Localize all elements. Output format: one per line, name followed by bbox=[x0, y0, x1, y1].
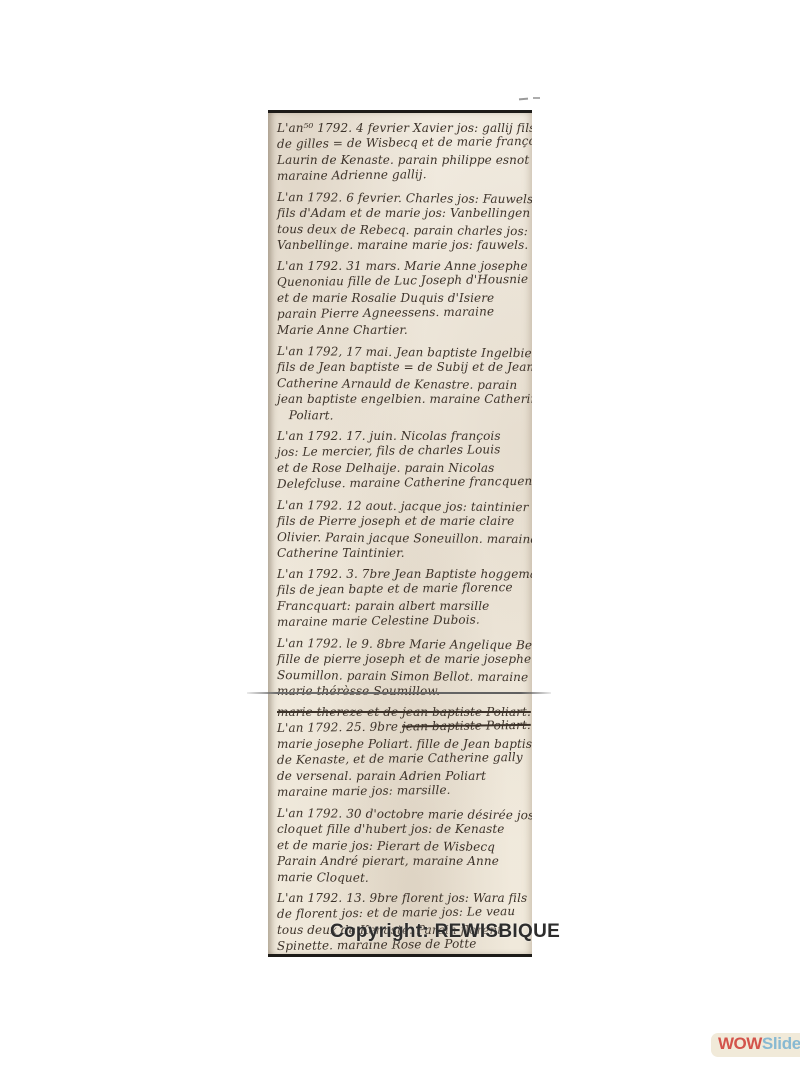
manuscript-text-segment: tous deux de Rebecq. parain charles jos: bbox=[277, 222, 528, 238]
baptism-entry: L'an 1792, 17 mai. Jean baptiste Ingelbi… bbox=[277, 343, 527, 423]
manuscript-line: cloquet fille d'hubert jos: de Kenaste bbox=[277, 821, 527, 837]
manuscript-text-segment: Catherine Arnauld de Kenastre. parain bbox=[277, 376, 517, 392]
manuscript-text-segment: maraine marie Celestine Dubois. bbox=[277, 613, 480, 629]
scanner-mark bbox=[533, 97, 540, 99]
manuscript-line: maraine marie jos: marsille. bbox=[277, 781, 527, 800]
manuscript-text-segment: fils de jean bapte et de marie florence bbox=[277, 580, 513, 597]
baptism-entry: L'an 1792. 3. 7bre Jean Baptiste hoggema… bbox=[277, 566, 527, 630]
manuscript-text-segment: parain Pierre Agneessens. maraine bbox=[277, 304, 494, 321]
manuscript-line: de gilles = de Wisbecq et de marie franç… bbox=[277, 133, 527, 152]
manuscript-scan: L'an⁵⁰ 1792. 4 fevrier Xavier jos: galli… bbox=[268, 110, 532, 957]
manuscript-line: et de marie jos: Pierart de Wisbecq bbox=[277, 837, 527, 855]
manuscript-line: Quenoniau fille de Luc Joseph d'Housnie bbox=[277, 271, 527, 290]
manuscript-line: fils d'Adam et de marie jos: Vanbellinge… bbox=[277, 205, 527, 221]
manuscript-line: L'an 1792. 25. 9bre jean baptiste Poliar… bbox=[277, 717, 527, 736]
manuscript-line: Catherine Arnauld de Kenastre. parain bbox=[277, 375, 527, 393]
manuscript-line: Poliart. bbox=[277, 407, 527, 425]
manuscript-text-segment: L'an 1792. 6 fevrier. Charles jos: Fauwe… bbox=[277, 190, 532, 206]
manuscript-text-segment: fille de pierre joseph et de marie josep… bbox=[277, 652, 531, 666]
manuscript-text-segment: maraine Adrienne gallij. bbox=[277, 167, 427, 183]
manuscript-text-segment: Soumillon. parain Simon Bellot. maraine bbox=[277, 668, 528, 684]
manuscript-text-segment: L'an 1792. 12 aout. jacque jos: taintini… bbox=[277, 498, 529, 514]
manuscript-text-segment: Delefcluse. maraine Catherine francquen. bbox=[277, 474, 532, 491]
manuscript-text-segment: Quenoniau fille de Luc Joseph d'Housnie bbox=[277, 272, 528, 289]
manuscript-line: Catherine Taintinier. bbox=[277, 545, 527, 561]
wowslider-badge-wow: WOW bbox=[718, 1034, 762, 1053]
manuscript-text-segment: de florent jos: et de marie jos: Le veau bbox=[277, 904, 515, 921]
manuscript-text-segment: L'an 1792, 17 mai. Jean baptiste Ingelbi… bbox=[277, 344, 532, 360]
baptism-entry: L'an 1792. 30 d'octobre marie désirée jo… bbox=[277, 805, 527, 885]
baptism-entry: L'an 1792. 31 mars. Marie Anne josepheQu… bbox=[277, 258, 527, 338]
manuscript-text-segment: L'an 1792. 25. 9bre bbox=[277, 719, 402, 735]
manuscript-line: tous deux de Rebecq. parain charles jos: bbox=[277, 221, 527, 239]
manuscript-text-segment: Parain André pierart, maraine Anne bbox=[277, 854, 499, 868]
manuscript-line: Vanbellinge. maraine marie jos: fauwels. bbox=[277, 237, 527, 253]
manuscript-line: marie thérèsse Soumillow. bbox=[277, 683, 527, 699]
manuscript-text-segment: fils de Pierre joseph et de marie claire bbox=[277, 514, 514, 528]
manuscript-line: maraine marie Celestine Dubois. bbox=[277, 611, 527, 630]
manuscript-text-segment: fils de Jean baptiste = de Subij et de J… bbox=[277, 360, 532, 374]
manuscript-text-segment: Olivier. Parain jacque Soneuillon. marai… bbox=[277, 530, 532, 546]
manuscript-text-segment: Marie Anne Chartier. bbox=[277, 323, 408, 337]
manuscript-line: de Kenaste, et de marie Catherine gally bbox=[277, 749, 527, 768]
manuscript-text-segment: cloquet fille d'hubert jos: de Kenaste bbox=[277, 822, 504, 836]
manuscript-line: jean baptiste engelbien. maraine Catheri… bbox=[277, 391, 527, 407]
manuscript-text-segment: L'an 1792. le 9. 8bre Marie Angelique Be… bbox=[277, 636, 532, 652]
manuscript-line: L'an 1792. 12 aout. jacque jos: taintini… bbox=[277, 497, 527, 515]
baptism-entry: L'an 1792. 17. juin. Nicolas françoisjos… bbox=[277, 428, 527, 492]
manuscript-text-segment: jean baptiste engelbien. maraine Catheri… bbox=[277, 392, 532, 406]
manuscript-line: parain Pierre Agneessens. maraine bbox=[277, 303, 527, 322]
manuscript-line: fils de jean bapte et de marie florence bbox=[277, 579, 527, 598]
manuscript-line: Marie Anne Chartier. bbox=[277, 322, 527, 338]
manuscript-line: fille de pierre joseph et de marie josep… bbox=[277, 651, 527, 667]
manuscript-text-segment: L'an 1792. 30 d'octobre marie désirée jo… bbox=[277, 806, 532, 822]
manuscript-line: Parain André pierart, maraine Anne bbox=[277, 853, 527, 869]
wowslider-badge[interactable]: WOWSlider bbox=[711, 1033, 800, 1057]
manuscript-line: fils de Pierre joseph et de marie claire bbox=[277, 513, 527, 529]
copyright-watermark: Copyright: REWISBIQUE bbox=[330, 920, 560, 944]
manuscript-line: fils de Jean baptiste = de Subij et de J… bbox=[277, 359, 527, 375]
manuscript-text-segment: marie thérèsse Soumillow. bbox=[277, 684, 440, 698]
baptism-entry: L'an 1792. le 9. 8bre Marie Angelique Be… bbox=[277, 635, 527, 699]
manuscript-line: Soumillon. parain Simon Bellot. maraine bbox=[277, 667, 527, 685]
page-background: { "window": {"width": 800, "height": 106… bbox=[0, 0, 800, 1067]
manuscript-text-segment: maraine marie jos: marsille. bbox=[277, 783, 451, 799]
baptism-entry: L'an⁵⁰ 1792. 4 fevrier Xavier jos: galli… bbox=[277, 120, 527, 184]
manuscript-text-segment: Poliart. bbox=[277, 408, 334, 422]
manuscript-text-segment: et de marie jos: Pierart de Wisbecq bbox=[277, 838, 495, 854]
manuscript-line: maraine Adrienne gallij. bbox=[277, 165, 527, 184]
wowslider-badge-slider: Slider bbox=[762, 1034, 800, 1053]
scan-seam-line bbox=[247, 692, 551, 694]
manuscript-text-segment: fils d'Adam et de marie jos: Vanbellinge… bbox=[277, 206, 530, 220]
baptism-entry: L'an 1792. 6 fevrier. Charles jos: Fauwe… bbox=[277, 189, 527, 253]
manuscript-line: Delefcluse. maraine Catherine francquen. bbox=[277, 473, 527, 492]
manuscript-text-segment: de Kenaste, et de marie Catherine gally bbox=[277, 750, 523, 767]
manuscript-line: L'an 1792. le 9. 8bre Marie Angelique Be… bbox=[277, 635, 527, 653]
baptism-entry: marie thereze et de jean baptiste Poliar… bbox=[277, 704, 527, 800]
struck-text: jean baptiste Poliart. bbox=[402, 718, 531, 734]
manuscript-line: L'an 1792. 30 d'octobre marie désirée jo… bbox=[277, 805, 527, 823]
manuscript-line: L'an 1792. 6 fevrier. Charles jos: Fauwe… bbox=[277, 189, 527, 207]
manuscript-text-segment: Catherine Taintinier. bbox=[277, 546, 405, 560]
manuscript-line: L'an 1792, 17 mai. Jean baptiste Ingelbi… bbox=[277, 343, 527, 361]
manuscript-text-segment: Vanbellinge. maraine marie jos: fauwels. bbox=[277, 238, 528, 252]
manuscript-text-segment: de gilles = de Wisbecq et de marie franç… bbox=[277, 134, 532, 151]
manuscript-text: L'an⁵⁰ 1792. 4 fevrier Xavier jos: galli… bbox=[268, 113, 532, 954]
baptism-entry: L'an 1792. 12 aout. jacque jos: taintini… bbox=[277, 497, 527, 561]
manuscript-line: Olivier. Parain jacque Soneuillon. marai… bbox=[277, 529, 527, 547]
manuscript-line: jos: Le mercier, fils de charles Louis bbox=[277, 441, 527, 460]
manuscript-line: marie Cloquet. bbox=[277, 869, 527, 887]
manuscript-text-segment: jos: Le mercier, fils de charles Louis bbox=[277, 442, 501, 459]
manuscript-text-segment: marie Cloquet. bbox=[277, 870, 369, 885]
scanner-mark bbox=[519, 98, 528, 101]
